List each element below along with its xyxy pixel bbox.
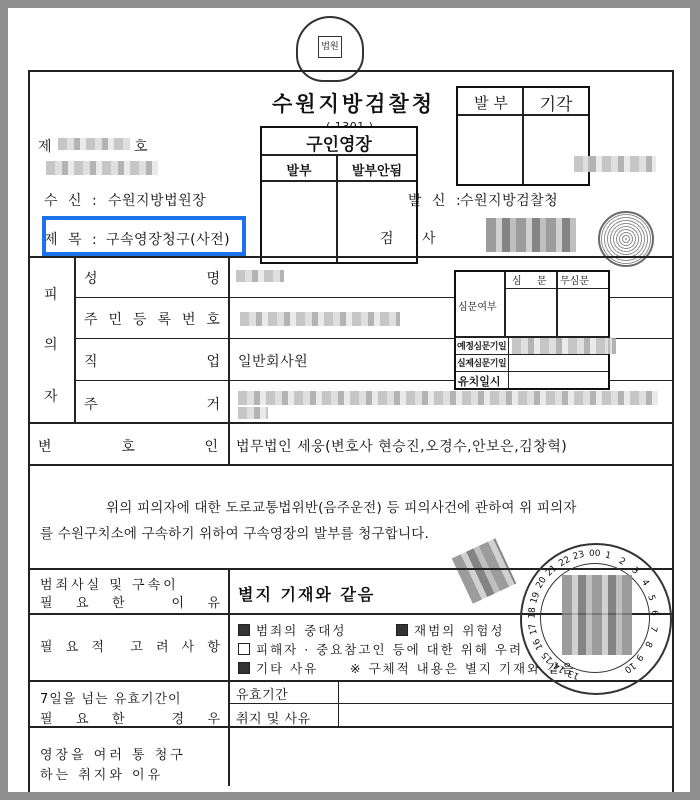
doc-number-prefix: 제 bbox=[38, 136, 52, 156]
suspect-group-char-3: 자 bbox=[44, 386, 58, 406]
label-resident-number: 주민등록번호 bbox=[84, 309, 220, 329]
checkbox-unchecked[interactable] bbox=[238, 643, 250, 655]
interrogation-col-no: 무심문 bbox=[560, 272, 589, 287]
actual-hearing-label: 실제심문기일 bbox=[457, 356, 506, 369]
consideration-item-1[interactable]: 범죄의 중대성 bbox=[238, 621, 346, 639]
checkbox-checked[interactable] bbox=[396, 624, 408, 636]
recipient-label: 수 신 : bbox=[44, 190, 100, 210]
redacted-date-right bbox=[574, 156, 656, 172]
subject-highlight-box[interactable] bbox=[42, 216, 246, 256]
stamp-hour-label: 00 bbox=[589, 549, 600, 559]
occupation-value: 일반회사원 bbox=[238, 351, 308, 371]
warrant-box-title: 구인영장 bbox=[262, 130, 416, 155]
suspect-group-char-1: 피 bbox=[44, 284, 58, 304]
form-top-border bbox=[28, 70, 673, 72]
stamp-hour-label: 6 bbox=[649, 610, 659, 616]
form-right-border bbox=[672, 70, 674, 792]
prosecutor-label: 검 사 bbox=[380, 228, 448, 248]
validity-reason-label: 취지 및 사유 bbox=[236, 708, 311, 727]
warrant-col-issued: 발부 bbox=[262, 160, 336, 179]
stamp-hour-label: 8 bbox=[642, 639, 654, 649]
sender-label: 발 신 : bbox=[408, 190, 464, 210]
interrogation-col-yes: 심 문 bbox=[512, 272, 553, 287]
stamp-hour-label: 23 bbox=[572, 550, 586, 563]
document-page: 법원 수원지방검찰청 ( 1301 ) 발 부 기각 구인영장 발부 발부안됨 … bbox=[8, 8, 690, 792]
court-emblem-icon: 법원 bbox=[296, 16, 364, 82]
redacted-signature bbox=[452, 538, 517, 604]
recipient-value: 수원지방법원장 bbox=[108, 190, 206, 210]
label-occupation: 직업 bbox=[84, 351, 220, 371]
stamp-hour-label: 17 bbox=[528, 622, 540, 635]
stamp-hour-label: 2 bbox=[617, 556, 627, 568]
redacted-stamp-center bbox=[562, 575, 632, 655]
receipt-time-stamp-icon: 13141516171819202122230012345678910 bbox=[520, 543, 672, 695]
suspect-group-char-2: 의 bbox=[44, 334, 58, 354]
redacted-hearing-date bbox=[512, 338, 616, 354]
checkbox-checked[interactable] bbox=[238, 624, 250, 636]
prosecutor-seal-icon bbox=[598, 211, 654, 267]
crime-facts-label-1: 범죄사실 및 구속이 bbox=[40, 574, 179, 593]
checkbox-checked[interactable] bbox=[238, 662, 250, 674]
stamp-hour-label: 9 bbox=[633, 651, 644, 662]
considerations-label: 필요적고려사항 bbox=[40, 636, 220, 655]
redacted-resident-number bbox=[240, 312, 400, 326]
consideration-item-4[interactable]: 기타 사유 bbox=[238, 659, 318, 677]
warrant-col-not-issued: 발부안됨 bbox=[338, 160, 416, 179]
crime-facts-value: 별지 기재와 같음 bbox=[238, 582, 375, 605]
stamp-hour-label: 18 bbox=[528, 607, 539, 619]
label-counsel: 변호인 bbox=[38, 436, 218, 456]
sender-value: 수원지방검찰청 bbox=[460, 190, 558, 210]
stamp-hour-label: 13 bbox=[566, 668, 580, 681]
redacted-address bbox=[238, 391, 658, 405]
stamp-hour-label: 7 bbox=[647, 625, 658, 633]
validity-label-2: 필요한경우 bbox=[40, 708, 220, 727]
redacted-doc-number bbox=[58, 138, 130, 150]
label-name: 성명 bbox=[84, 268, 220, 288]
issue-decision-box: 발 부 기각 bbox=[456, 86, 590, 186]
scheduled-hearing-label: 예정심문기일 bbox=[457, 339, 506, 352]
form-left-border bbox=[28, 70, 30, 792]
label-address: 주거 bbox=[84, 394, 220, 414]
interrogation-status-label: 심문여부 bbox=[458, 298, 497, 313]
stamp-hour-label: 22 bbox=[557, 555, 572, 569]
counsel-value: 법무법인 세웅(변호사 현승진,오경수,안보은,김창혁) bbox=[236, 436, 567, 456]
multiple-label-1: 영장을 여러 통 청구 bbox=[40, 744, 186, 763]
redacted-date bbox=[46, 161, 158, 175]
crime-facts-label-2: 필요한이유 bbox=[40, 592, 220, 611]
stamp-hour-label: 19 bbox=[529, 591, 542, 605]
consideration-item-2[interactable]: 재범의 위험성 bbox=[396, 621, 504, 639]
request-text-line2: 를 수원구치소에 구속하기 위하여 구속영장의 발부를 청구합니다. bbox=[40, 522, 429, 542]
doc-number-suffix: 호 bbox=[134, 136, 148, 156]
emblem-label: 법원 bbox=[318, 36, 342, 58]
multiple-label-2: 하는 취지와 이유 bbox=[40, 764, 163, 783]
request-text-line1: 위의 피의자에 대한 도로교통법위반(음주운전) 등 피의사건에 관하여 위 피… bbox=[106, 496, 577, 516]
issue-col-issued: 발 부 bbox=[462, 92, 520, 113]
validity-period-label: 유효기간 bbox=[236, 684, 288, 703]
redacted-prosecutor-name bbox=[486, 218, 576, 252]
stamp-hour-label: 5 bbox=[645, 593, 656, 601]
issue-col-rejected: 기각 bbox=[526, 90, 586, 115]
detention-datetime-label: 유치일시 bbox=[458, 373, 501, 389]
interrogation-box: 심문여부 심 문 무심문 예정심문기일 실제심문기일 유치일시 bbox=[454, 270, 610, 390]
validity-label-1: 7일을 넘는 유효기간이 bbox=[40, 688, 182, 707]
redacted-name bbox=[236, 270, 284, 282]
stamp-hour-label: 4 bbox=[639, 578, 651, 588]
consideration-item-3[interactable]: 피해자 · 중요참고인 등에 대한 위해 우려 bbox=[238, 640, 523, 658]
redacted-address-2 bbox=[238, 407, 268, 419]
stamp-hour-label: 1 bbox=[603, 550, 611, 561]
agency-title: 수원지방검찰청 bbox=[272, 88, 435, 118]
